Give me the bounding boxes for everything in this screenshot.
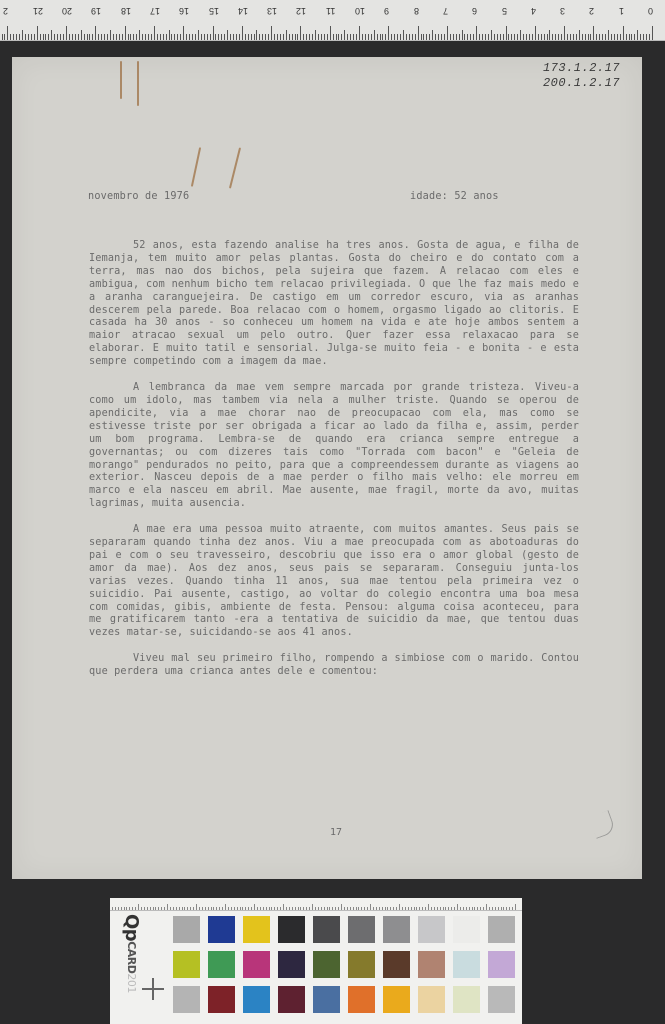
ruler-tick <box>280 34 281 40</box>
ruler-tick <box>535 26 536 40</box>
ruler-label: 18 <box>121 6 131 16</box>
ruler-tick <box>297 34 298 40</box>
crosshair-icon <box>142 978 164 1000</box>
ruler-label: 14 <box>238 6 248 16</box>
scale-tick <box>211 907 212 910</box>
scale-tick <box>503 907 504 910</box>
scale-tick <box>474 907 475 910</box>
scale-tick <box>318 907 319 910</box>
ruler-tick <box>626 34 627 40</box>
ruler-tick <box>306 34 307 40</box>
ruler-tick <box>473 34 474 40</box>
scale-tick <box>367 907 368 910</box>
ruler-tick <box>602 34 603 40</box>
color-swatch <box>418 986 445 1013</box>
ruler-tick <box>60 34 61 40</box>
ruler-tick <box>579 30 580 40</box>
ruler-tick <box>412 34 413 40</box>
ruler-tick <box>377 34 378 40</box>
ruler-label: 6 <box>472 6 477 16</box>
color-calibration-card: QpCARD201 <box>110 898 522 1024</box>
ruler-tick <box>549 30 550 40</box>
color-swatch <box>278 951 305 978</box>
ruler-tick <box>365 34 366 40</box>
ruler-tick <box>614 34 615 40</box>
ruler-tick <box>558 34 559 40</box>
ruler-tick <box>330 26 331 40</box>
rust-stain <box>120 61 122 99</box>
ruler-tick <box>139 30 140 40</box>
rust-stain <box>137 61 139 106</box>
ruler-tick <box>532 34 533 40</box>
ruler-tick <box>467 34 468 40</box>
scale-tick <box>231 907 232 910</box>
scale-tick <box>347 907 348 910</box>
ruler-tick <box>336 34 337 40</box>
scale-tick <box>248 907 249 910</box>
scale-tick <box>431 907 432 910</box>
scale-tick <box>254 904 255 910</box>
scale-tick <box>385 907 386 910</box>
ruler-tick <box>573 34 574 40</box>
scale-tick <box>295 907 296 910</box>
ruler-tick <box>107 34 108 40</box>
ruler-tick <box>523 34 524 40</box>
ruler-tick <box>488 34 489 40</box>
scale-tick <box>414 907 415 910</box>
ruler-tick <box>101 34 102 40</box>
ruler-tick <box>544 34 545 40</box>
scale-tick <box>300 907 301 910</box>
ruler-tick <box>84 34 85 40</box>
ruler-label: 16 <box>179 6 189 16</box>
document-header: novembro de 1976 idade: 52 anos <box>88 191 588 202</box>
measurement-ruler: 01234567891011121314151617181920212 <box>0 0 665 41</box>
scale-tick <box>129 907 130 910</box>
scale-tick <box>208 907 209 910</box>
ruler-tick <box>631 34 632 40</box>
scale-tick <box>237 907 238 910</box>
ruler-tick <box>485 34 486 40</box>
ruler-tick <box>192 34 193 40</box>
scale-tick <box>480 907 481 910</box>
ruler-tick <box>277 34 278 40</box>
ruler-tick <box>637 30 638 40</box>
scale-tick <box>153 907 154 910</box>
ruler-tick <box>148 34 149 40</box>
ruler-tick <box>256 30 257 40</box>
scale-tick <box>408 907 409 910</box>
color-swatch <box>383 916 410 943</box>
scale-tick <box>321 907 322 910</box>
scale-tick <box>335 907 336 910</box>
ruler-tick <box>213 26 214 40</box>
ruler-tick <box>617 34 618 40</box>
scale-tick <box>245 907 246 910</box>
scale-tick <box>228 907 229 910</box>
scale-tick <box>460 907 461 910</box>
scale-tick <box>402 907 403 910</box>
scale-tick <box>292 907 293 910</box>
ruler-tick <box>520 30 521 40</box>
scale-tick <box>187 907 188 910</box>
scale-tick <box>141 907 142 910</box>
ruler-tick <box>494 34 495 40</box>
ruler-tick <box>19 34 20 40</box>
ruler-tick <box>356 34 357 40</box>
ruler-tick <box>119 34 120 40</box>
ruler-tick <box>517 34 518 40</box>
scale-tick <box>309 907 310 910</box>
ruler-tick <box>333 34 334 40</box>
ruler-tick <box>31 34 32 40</box>
ruler-tick <box>552 34 553 40</box>
ruler-tick <box>479 34 480 40</box>
scale-tick <box>472 907 473 910</box>
age-label: idade: 52 anos <box>410 191 499 202</box>
scale-tick <box>277 907 278 910</box>
paragraph: 52 anos, esta fazendo analise ha tres an… <box>89 240 579 369</box>
ruler-tick <box>274 34 275 40</box>
ruler-tick <box>491 30 492 40</box>
scale-tick <box>448 907 449 910</box>
ruler-tick <box>344 30 345 40</box>
ruler-label: 1 <box>619 6 624 16</box>
ruler-tick <box>180 34 181 40</box>
scale-tick <box>298 907 299 910</box>
ruler-tick <box>245 34 246 40</box>
color-swatch <box>488 916 515 943</box>
color-swatch <box>313 986 340 1013</box>
scale-tick <box>387 907 388 910</box>
scale-tick <box>242 907 243 910</box>
scale-tick <box>373 907 374 910</box>
scale-tick <box>324 907 325 910</box>
ruler-tick <box>242 26 243 40</box>
ruler-tick <box>629 34 630 40</box>
ruler-tick <box>171 34 172 40</box>
ruler-tick <box>371 34 372 40</box>
ruler-tick <box>210 34 211 40</box>
scale-tick <box>269 907 270 910</box>
ruler-tick <box>429 34 430 40</box>
scale-tick <box>356 907 357 910</box>
ruler-tick <box>382 34 383 40</box>
scale-tick <box>393 907 394 910</box>
scale-tick <box>364 907 365 910</box>
ruler-tick <box>459 34 460 40</box>
scale-tick <box>341 904 342 910</box>
ruler-tick <box>511 34 512 40</box>
scale-tick <box>283 904 284 910</box>
scale-tick <box>202 907 203 910</box>
ruler-tick <box>388 26 389 40</box>
scale-tick <box>138 904 139 910</box>
ruler-tick <box>362 34 363 40</box>
ruler-tick <box>268 34 269 40</box>
scale-tick <box>266 907 267 910</box>
ruler-tick <box>303 34 304 40</box>
ruler-tick <box>588 34 589 40</box>
ruler-tick <box>163 34 164 40</box>
ruler-tick <box>456 34 457 40</box>
ruler-tick <box>338 34 339 40</box>
ruler-tick <box>25 34 26 40</box>
scale-tick <box>190 907 191 910</box>
ruler-tick <box>48 34 49 40</box>
scale-tick <box>182 907 183 910</box>
scale-tick <box>112 907 113 910</box>
scale-tick <box>144 907 145 910</box>
scale-tick <box>135 907 136 910</box>
color-swatch <box>313 916 340 943</box>
ruler-tick <box>78 34 79 40</box>
scale-tick <box>376 907 377 910</box>
scale-tick <box>506 907 507 910</box>
scale-tick <box>358 907 359 910</box>
scale-tick <box>327 907 328 910</box>
scale-tick <box>437 907 438 910</box>
scale-tick <box>161 907 162 910</box>
ruler-tick <box>116 34 117 40</box>
scale-tick <box>173 907 174 910</box>
ruler-tick <box>529 34 530 40</box>
ruler-tick <box>447 26 448 40</box>
ruler-tick <box>122 34 123 40</box>
scale-tick <box>118 907 119 910</box>
catalog-number: 200.1.2.17 <box>543 76 620 91</box>
ruler-tick <box>327 34 328 40</box>
ruler-tick <box>620 34 621 40</box>
ruler-tick <box>608 30 609 40</box>
ruler-label: 12 <box>296 6 306 16</box>
scale-tick <box>353 907 354 910</box>
ruler-tick <box>394 34 395 40</box>
ruler-tick <box>324 34 325 40</box>
color-swatch <box>173 951 200 978</box>
scale-tick <box>280 907 281 910</box>
ruler-tick <box>239 34 240 40</box>
color-swatch <box>278 986 305 1013</box>
color-swatch <box>173 916 200 943</box>
color-swatch <box>488 986 515 1013</box>
scale-tick <box>115 907 116 910</box>
ruler-tick <box>254 34 255 40</box>
ruler-tick <box>227 30 228 40</box>
ruler-tick <box>385 34 386 40</box>
ruler-label: 17 <box>150 6 160 16</box>
scale-tick <box>176 907 177 910</box>
ruler-label: 9 <box>384 6 389 16</box>
ruler-tick <box>110 30 111 40</box>
ruler-tick <box>81 30 82 40</box>
ruler-tick <box>142 34 143 40</box>
scale-tick <box>150 907 151 910</box>
color-swatch <box>208 916 235 943</box>
scale-tick <box>132 907 133 910</box>
scale-tick <box>289 907 290 910</box>
ruler-tick <box>561 34 562 40</box>
ruler-tick <box>98 34 99 40</box>
scale-tick <box>492 907 493 910</box>
scale-tick <box>419 907 420 910</box>
scale-tick <box>196 904 197 910</box>
ruler-tick <box>224 34 225 40</box>
scale-tick <box>405 907 406 910</box>
ruler-label: 2 <box>589 6 594 16</box>
ruler-tick <box>236 34 237 40</box>
ruler-tick <box>541 34 542 40</box>
ruler-tick <box>87 34 88 40</box>
document-body: 52 anos, esta fazendo analise ha tres an… <box>89 240 579 692</box>
ruler-tick <box>652 26 653 40</box>
color-swatch <box>453 951 480 978</box>
ruler-tick <box>104 34 105 40</box>
ruler-tick <box>133 34 134 40</box>
ruler-tick <box>157 34 158 40</box>
ruler-tick <box>57 34 58 40</box>
ruler-tick <box>500 34 501 40</box>
scale-tick <box>286 907 287 910</box>
ruler-tick <box>341 34 342 40</box>
ruler-label: 8 <box>414 6 419 16</box>
ruler-tick <box>403 30 404 40</box>
ruler-tick <box>576 34 577 40</box>
scale-tick <box>515 904 516 910</box>
ruler-tick <box>470 34 471 40</box>
scale-tick <box>338 907 339 910</box>
ruler-tick <box>283 34 284 40</box>
ruler-tick <box>315 30 316 40</box>
ruler-tick <box>145 34 146 40</box>
ruler-tick <box>286 30 287 40</box>
rust-stain <box>191 147 201 187</box>
ruler-tick <box>649 34 650 40</box>
ruler-tick <box>43 34 44 40</box>
ruler-tick <box>567 34 568 40</box>
paragraph: Viveu mal seu primeiro filho, rompendo a… <box>89 653 579 679</box>
ruler-tick <box>596 34 597 40</box>
ruler-label: 0 <box>648 6 653 16</box>
scale-tick <box>477 907 478 910</box>
scale-tick <box>225 904 226 910</box>
scale-tick <box>344 907 345 910</box>
ruler-tick <box>63 34 64 40</box>
scale-tick <box>440 907 441 910</box>
scale-tick <box>370 904 371 910</box>
ruler-tick <box>418 26 419 40</box>
ruler-tick <box>248 34 249 40</box>
ruler-tick <box>453 34 454 40</box>
ruler-tick <box>295 34 296 40</box>
scale-tick <box>425 907 426 910</box>
ruler-tick <box>207 34 208 40</box>
ruler-tick <box>309 34 310 40</box>
scale-tick <box>379 907 380 910</box>
scale-tick <box>483 907 484 910</box>
ruler-tick <box>623 26 624 40</box>
ruler-tick <box>415 34 416 40</box>
ruler-label: 4 <box>531 6 536 16</box>
color-swatch <box>488 951 515 978</box>
scale-tick <box>501 907 502 910</box>
ruler-tick <box>230 34 231 40</box>
scale-tick <box>240 907 241 910</box>
ruler-tick <box>391 34 392 40</box>
scale-tick <box>263 907 264 910</box>
catalog-numbers: 173.1.2.17 200.1.2.17 <box>543 61 620 91</box>
scale-tick <box>512 907 513 910</box>
ruler-tick <box>409 34 410 40</box>
scale-tick <box>445 907 446 910</box>
ruler-tick <box>423 34 424 40</box>
ruler-tick <box>265 34 266 40</box>
ruler-tick <box>368 34 369 40</box>
scale-tick <box>124 907 125 910</box>
color-swatch <box>348 951 375 978</box>
scale-tick <box>184 907 185 910</box>
ruler-tick <box>136 34 137 40</box>
scale-tick <box>457 904 458 910</box>
paragraph: A mae era uma pessoa muito atraente, com… <box>89 524 579 640</box>
scale-tick <box>260 907 261 910</box>
ruler-tick <box>585 34 586 40</box>
ruler-tick <box>321 34 322 40</box>
scale-tick <box>329 907 330 910</box>
scale-tick <box>222 907 223 910</box>
ruler-tick <box>611 34 612 40</box>
ruler-label: 15 <box>209 6 219 16</box>
color-swatch <box>348 986 375 1013</box>
scale-tick <box>179 907 180 910</box>
ruler-tick <box>174 34 175 40</box>
ruler-tick <box>450 34 451 40</box>
scale-tick <box>216 907 217 910</box>
scale-tick <box>454 907 455 910</box>
ruler-tick <box>582 34 583 40</box>
color-swatch <box>243 916 270 943</box>
ruler-tick <box>54 34 55 40</box>
ruler-tick <box>555 34 556 40</box>
ruler-tick <box>154 26 155 40</box>
color-swatch <box>208 986 235 1013</box>
scale-tick <box>219 907 220 910</box>
scale-tick <box>199 907 200 910</box>
scale-tick <box>158 907 159 910</box>
color-swatch <box>453 916 480 943</box>
ruler-tick <box>547 34 548 40</box>
ruler-tick <box>189 34 190 40</box>
scale-tick <box>509 907 510 910</box>
ruler-tick <box>441 34 442 40</box>
ruler-tick <box>643 34 644 40</box>
scale-tick <box>382 907 383 910</box>
scale-tick <box>303 907 304 910</box>
ruler-tick <box>271 26 272 40</box>
ruler-tick <box>426 34 427 40</box>
ruler-tick <box>397 34 398 40</box>
ruler-tick <box>380 34 381 40</box>
ruler-label: 5 <box>502 6 507 16</box>
color-swatch <box>173 986 200 1013</box>
ruler-tick <box>95 26 96 40</box>
scale-tick <box>416 907 417 910</box>
ruler-label: 11 <box>326 6 335 16</box>
ruler-tick <box>177 34 178 40</box>
color-swatch <box>453 986 480 1013</box>
scale-tick <box>463 907 464 910</box>
scale-tick <box>428 904 429 910</box>
